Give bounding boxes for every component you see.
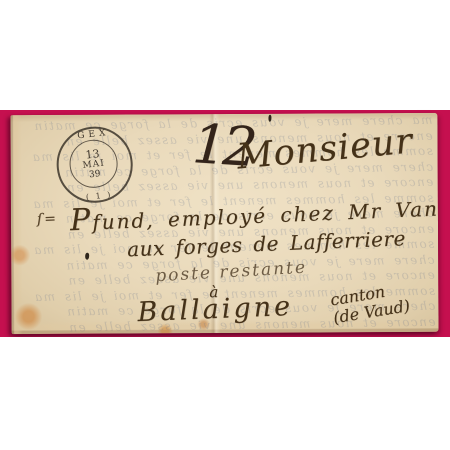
postmark-year: 39 [88, 169, 100, 180]
photo-background: ma chere mere je vous ecris de la forge … [0, 110, 450, 337]
white-border-bottom [0, 337, 450, 450]
postmark-inner-ring: 13 MAI 39 [67, 137, 120, 190]
recipient-prefix-mark: ſ= [37, 211, 59, 228]
product-photo: ma chere mere je vous ecris de la forge … [0, 0, 450, 450]
postmark-gex: GEX 13 MAI 39 ( 1 ) [53, 123, 137, 207]
address-town: Ballaigne [137, 291, 294, 328]
letter-cover: ma chere mere je vous ecris de la forge … [10, 113, 438, 334]
white-border-top [0, 0, 450, 110]
